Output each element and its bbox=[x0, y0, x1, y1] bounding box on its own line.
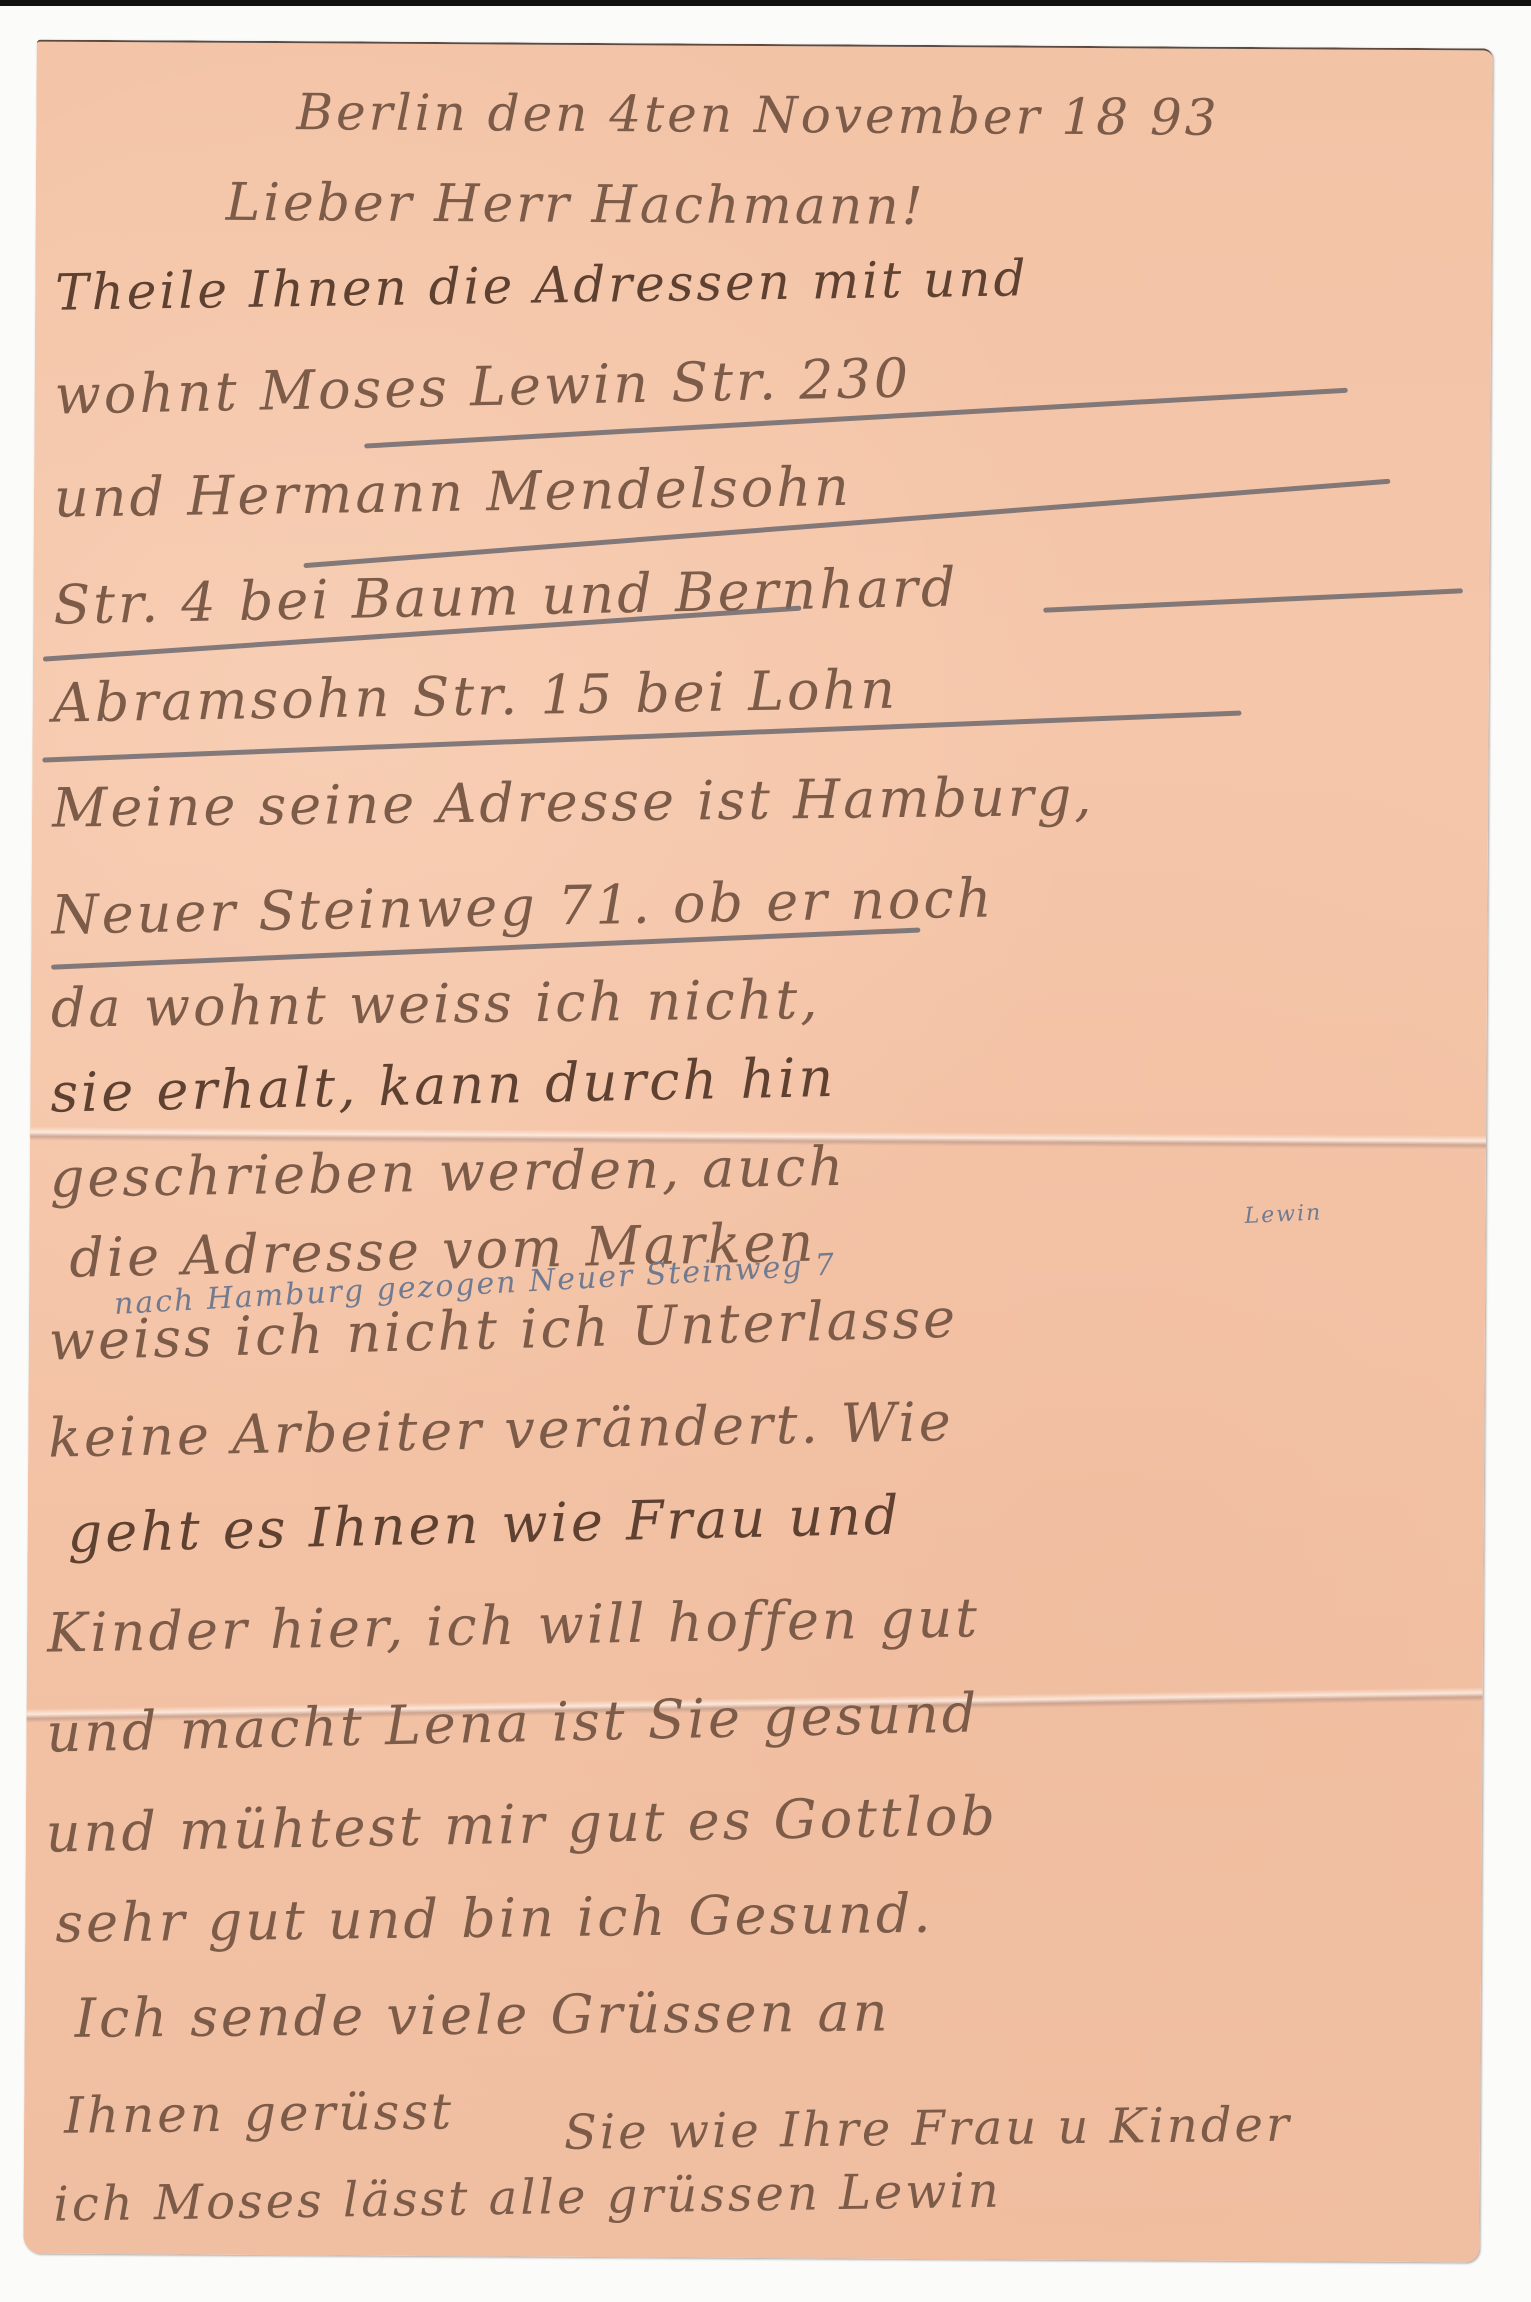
signoff-line: ich Moses lässt alle grüssen Lewin bbox=[53, 2163, 1002, 2233]
pencil-underline-4 bbox=[1043, 588, 1463, 612]
body-line-6: Meine seine Adresse ist Hamburg, bbox=[52, 765, 1095, 840]
pencil-annotation-margin: Lewin bbox=[1244, 1200, 1323, 1229]
body-line-2: wohnt Moses Lewin Str. 230 bbox=[54, 347, 912, 427]
body-line-19: Ich sende viele Grüssen an bbox=[74, 1980, 890, 2049]
scan-top-edge bbox=[0, 0, 1531, 6]
letter-paper: Berlin den 4ten November 18 93 Lieber He… bbox=[23, 40, 1492, 2263]
salutation: Lieber Herr Hachmann! bbox=[226, 173, 926, 237]
body-line-8: da wohnt weiss ich nicht, bbox=[51, 968, 821, 1040]
body-line-1: Theile Ihnen die Adressen mit und bbox=[55, 249, 1029, 321]
body-line-17: und mühtest mir gut es Gottlob bbox=[45, 1784, 998, 1864]
body-line-15: Kinder hier, ich will hoffen gut bbox=[47, 1586, 981, 1664]
body-line-16: und macht Lena ist Sie gesund bbox=[46, 1681, 980, 1764]
dateline: Berlin den 4ten November 18 93 bbox=[296, 83, 1220, 147]
body-line-18: sehr gut und bin ich Gesund. bbox=[55, 1882, 934, 1955]
body-line-20: Ihnen gerüsst bbox=[64, 2082, 455, 2144]
body-line-9: sie erhalt, kann durch hin bbox=[50, 1046, 837, 1125]
body-line-5: Abramsohn Str. 15 bei Lohn bbox=[52, 658, 898, 735]
body-line-13: keine Arbeiter verändert. Wie bbox=[48, 1390, 955, 1470]
body-line-14: geht es Ihnen wie Frau und bbox=[67, 1484, 902, 1565]
body-line-10: geschrieben werden, auch bbox=[49, 1135, 846, 1210]
body-line-21: Sie wie Ihre Frau u Kinder bbox=[564, 2097, 1292, 2161]
body-line-3: und Hermann Mendelsohn bbox=[54, 455, 853, 530]
